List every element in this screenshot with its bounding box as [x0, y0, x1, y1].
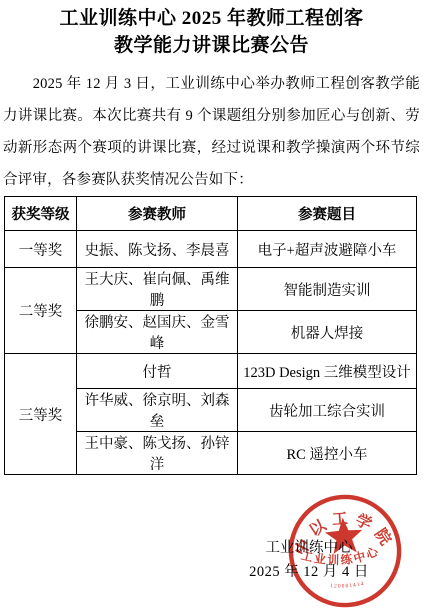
svg-text:120081414: 120081414 — [329, 581, 365, 591]
topic-cell: 智能制造实训 — [238, 268, 417, 311]
teachers-cell: 王中豪、陈戈扬、孙锌洋 — [77, 432, 238, 475]
topic-cell: 123D Design 三维模型设计 — [238, 354, 417, 389]
signature-block: 工业训练中心 2025 年 12 月 4 日 — [230, 541, 388, 580]
document-page: 工业训练中心 2025 年教师工程创客 教学能力讲课比赛公告 2025 年 12… — [0, 0, 423, 609]
topic-cell: 电子+超声波避障小车 — [238, 231, 417, 268]
signature-date: 2025 年 12 月 4 日 — [230, 565, 388, 580]
topic-cell: RC 遥控小车 — [238, 432, 417, 475]
col-header-award-level: 获奖等级 — [5, 197, 77, 231]
teachers-cell: 王大庆、崔向佩、禹维鹏 — [77, 268, 238, 311]
table-row: 二等奖 王大庆、崔向佩、禹维鹏 智能制造实训 — [5, 268, 417, 311]
teachers-cell: 史振、陈戈扬、李晨喜 — [77, 231, 238, 268]
announcement-paragraph: 2025 年 12 月 3 日，工业训练中心举办教师工程创客教学能力讲课比赛。本… — [3, 68, 420, 196]
table-header-row: 获奖等级 参赛教师 参赛题目 — [5, 197, 417, 231]
title-line-2: 教学能力讲课比赛公告 — [0, 32, 423, 59]
teachers-cell: 许华威、徐京明、刘森垒 — [77, 389, 238, 432]
table-row: 一等奖 史振、陈戈扬、李晨喜 电子+超声波避障小车 — [5, 231, 417, 268]
seal-serial-number: 120081414 — [329, 581, 365, 591]
topic-cell: 机器人焊接 — [238, 311, 417, 354]
col-header-teachers: 参赛教师 — [77, 197, 238, 231]
topic-cell: 齿轮加工综合实训 — [238, 389, 417, 432]
award-cell-first-prize: 一等奖 — [5, 231, 77, 268]
col-header-topic: 参赛题目 — [238, 197, 417, 231]
table-row: 三等奖 付哲 123D Design 三维模型设计 — [5, 354, 417, 389]
teachers-cell: 徐鹏安、赵国庆、金雪峰 — [77, 311, 238, 354]
award-cell-third-prize: 三等奖 — [5, 354, 77, 475]
awards-table: 获奖等级 参赛教师 参赛题目 一等奖 史振、陈戈扬、李晨喜 电子+超声波避障小车… — [4, 196, 417, 475]
title-line-1: 工业训练中心 2025 年教师工程创客 — [0, 5, 423, 32]
signature-org: 工业训练中心 — [230, 541, 388, 556]
award-cell-second-prize: 二等奖 — [5, 268, 77, 354]
teachers-cell: 付哲 — [77, 354, 238, 389]
page-title: 工业训练中心 2025 年教师工程创客 教学能力讲课比赛公告 — [0, 0, 423, 59]
